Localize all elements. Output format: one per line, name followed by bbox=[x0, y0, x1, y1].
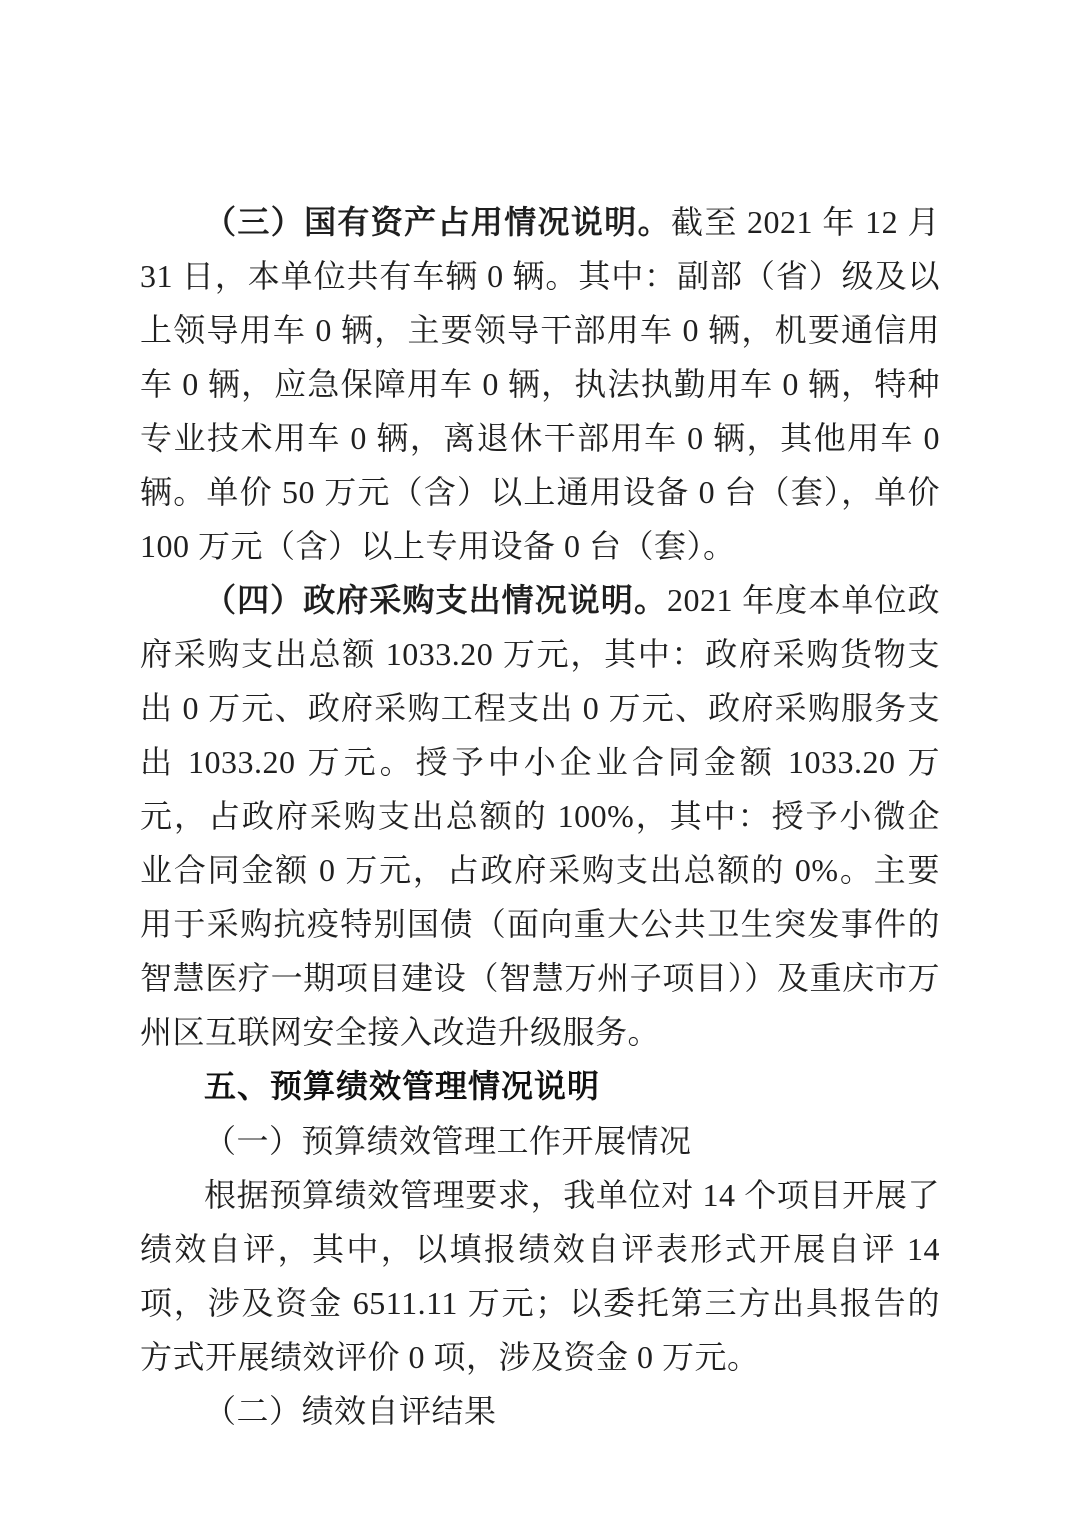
document-page: （三）国有资产占用情况说明。截至 2021 年 12 月 31 日，本单位共有车… bbox=[0, 0, 1074, 1520]
paragraph-text-state-assets-usage: 截至 2021 年 12 月 31 日，本单位共有车辆 0 辆。其中：副部（省）… bbox=[140, 204, 940, 564]
section-heading-gov-procurement: （四）政府采购支出情况说明。 bbox=[204, 582, 667, 618]
document-body: （三）国有资产占用情况说明。截至 2021 年 12 月 31 日，本单位共有车… bbox=[140, 195, 940, 1438]
subheading-self-evaluation-results: （二）绩效自评结果 bbox=[140, 1384, 940, 1438]
paragraph-state-assets-usage: （三）国有资产占用情况说明。截至 2021 年 12 月 31 日，本单位共有车… bbox=[140, 195, 940, 573]
paragraph-performance-self-evaluation: 根据预算绩效管理要求，我单位对 14 个项目开展了绩效自评，其中，以填报绩效自评… bbox=[140, 1168, 940, 1384]
subheading-performance-work-progress: （一）预算绩效管理工作开展情况 bbox=[140, 1114, 940, 1168]
paragraph-gov-procurement: （四）政府采购支出情况说明。2021 年度本单位政府采购支出总额 1033.20… bbox=[140, 573, 940, 1059]
paragraph-text-gov-procurement: 2021 年度本单位政府采购支出总额 1033.20 万元，其中：政府采购货物支… bbox=[140, 582, 940, 1050]
heading-budget-performance-management: 五、预算绩效管理情况说明 bbox=[140, 1059, 940, 1114]
section-heading-state-assets-usage: （三）国有资产占用情况说明。 bbox=[204, 204, 671, 240]
